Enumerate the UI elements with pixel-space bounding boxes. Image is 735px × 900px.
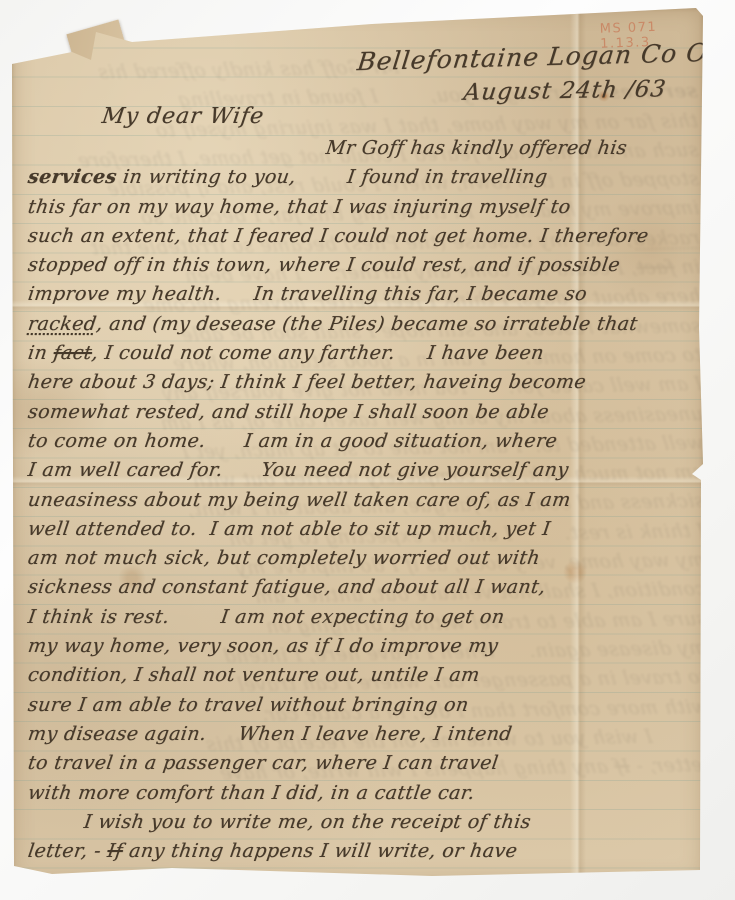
letter-text: here about 3 days; I think I feel better… [27, 371, 588, 393]
letter-text: am not much sick, but completely worried… [27, 547, 542, 569]
letter-line: sure I am able to travel without bringin… [26, 691, 697, 720]
letter-text: , and (my desease (the Piles) became so … [95, 313, 639, 335]
letter-line: services in writing to you, I found in t… [26, 163, 697, 192]
letter-text: to travel in a passenger car, where I ca… [27, 752, 500, 774]
letter-date-line: August 24th /63 [462, 76, 668, 106]
letter-line: am not much sick, but completely worried… [26, 544, 697, 573]
letter-text: I think is rest. I am not expecting to g… [27, 606, 506, 628]
letter-text: my way home, very soon, as if I do impro… [27, 635, 500, 657]
letter-text: in writing to you, I found in travelling [115, 166, 549, 188]
letter-text: with more comfort than I did, in a cattl… [27, 782, 477, 804]
letter-line: sickness and constant fatigue, and about… [26, 573, 697, 602]
letter-line: improve my health. In travelling this fa… [26, 280, 697, 309]
letter-line: such an extent, that I feared I could no… [26, 222, 697, 251]
letter-word-strike: fact [52, 342, 93, 364]
letter-line: I think is rest. I am not expecting to g… [26, 603, 697, 632]
letter-line: in fact, I could not come any farther. I… [26, 339, 697, 368]
letter-text: stopped off in this town, where I could … [27, 254, 622, 276]
letter-text: improve my health. In travelling this fa… [27, 283, 589, 305]
letter-text: my disease again. When I leave here, I i… [27, 723, 514, 745]
letter-text: sure I am able to travel without bringin… [27, 694, 471, 716]
letter-text: uneasiness about my being well taken car… [27, 489, 573, 511]
letter-line: condition, I shall not venture out, unti… [26, 661, 697, 690]
letter-line: this far on my way home, that I was inju… [26, 193, 697, 222]
letter-line: stopped off in this town, where I could … [26, 251, 697, 280]
letter-text: well attended to. I am not able to sit u… [27, 518, 552, 540]
letter-text: , I could not come any farther. I have b… [90, 342, 545, 364]
letter-body: Mr Goff has kindly offered hisservices i… [28, 134, 695, 866]
letter-line: my disease again. When I leave here, I i… [26, 720, 697, 749]
letter-paper: Mr Goff has kindly offered hisservices i… [12, 8, 703, 882]
letter-salutation: My dear Wife [100, 104, 266, 129]
letter-line: to travel in a passenger car, where I ca… [26, 749, 697, 778]
letter-line: letter, - If any thing happens I will wr… [26, 837, 697, 866]
letter-line: I am well cared for. You need not give y… [26, 456, 697, 485]
letter-line: racked, and (my desease (the Piles) beca… [26, 310, 697, 339]
letter-text: this far on my way home, that I was inju… [27, 196, 573, 218]
letter-text: somewhat rested, and still hope I shall … [27, 401, 551, 423]
letter-text: any thing happens I will write, or have [121, 840, 519, 862]
letter-text: such an extent, that I feared I could no… [27, 225, 651, 247]
letter-text: letter, - [27, 840, 109, 862]
letter-line: here about 3 days; I think I feel better… [26, 368, 697, 397]
letter-text: in [27, 342, 56, 364]
letter-line: I wish you to write me, on the receipt o… [26, 808, 697, 837]
letter-line: somewhat rested, and still hope I shall … [26, 398, 697, 427]
letter-text: condition, I shall not venture out, unti… [27, 664, 482, 686]
letter-line: Mr Goff has kindly offered his [26, 134, 697, 163]
letter-line: with more comfort than I did, in a cattl… [26, 779, 697, 808]
letter-line: well attended to. I am not able to sit u… [26, 515, 697, 544]
letter-word-overwritten: services [27, 166, 119, 188]
letter-text: Mr Goff has kindly offered his [325, 137, 629, 159]
letter-line: to come on home. I am in a good situatio… [26, 427, 697, 456]
scanned-letter-page: { "archival_mark": "MS 071 1.13.3", "col… [0, 0, 735, 900]
letter-text: sickness and constant fatigue, and about… [27, 576, 548, 598]
letter-text: I wish you to write me, on the receipt o… [83, 811, 533, 833]
letter-text: to come on home. I am in a good situatio… [27, 430, 559, 452]
letter-line: uneasiness about my being well taken car… [26, 486, 697, 515]
letter-word-underline: racked [27, 313, 98, 335]
letter-text: I am well cared for. You need not give y… [27, 459, 570, 481]
letter-line: my way home, very soon, as if I do impro… [26, 632, 697, 661]
